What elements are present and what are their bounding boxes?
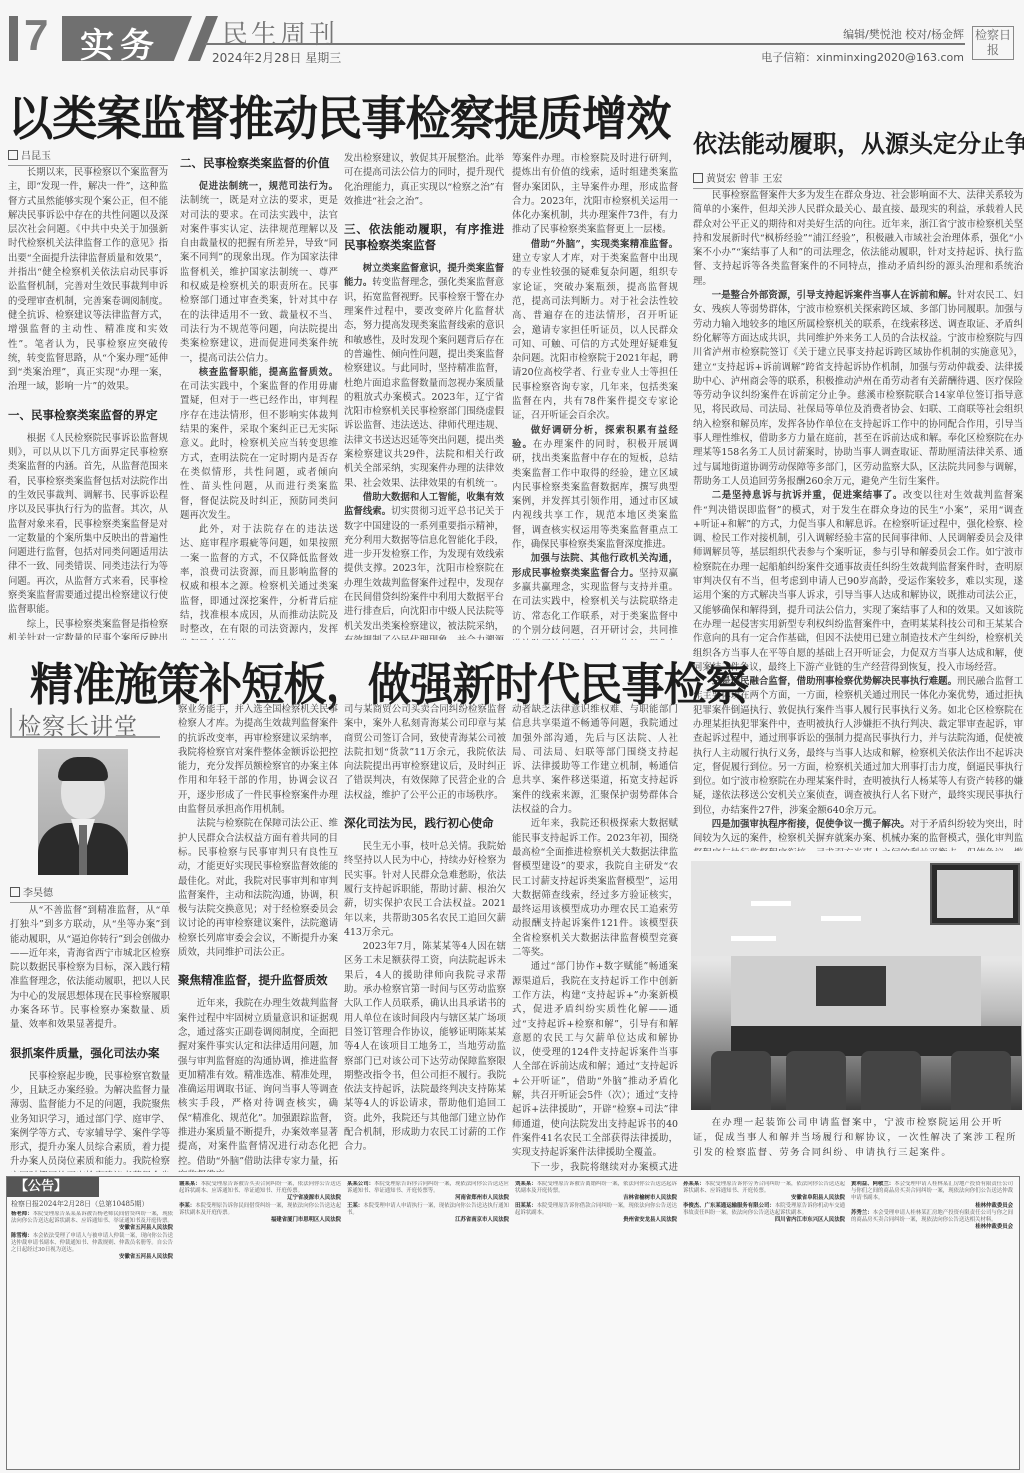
column-name: 检察长讲堂 [12, 714, 138, 740]
lead-phrase: 核查监督职能，提高监督质效。 [199, 367, 338, 378]
paragraph: 司与某商贸公司买卖合同纠纷检察监督案中，案外人私刻青海某公司印章与某商贸公司签订… [344, 703, 506, 803]
notice-text: 本院受理原告诉你借款合同纠纷一案，现依法向你公告送达起诉状副本。 [515, 1203, 677, 1216]
notice-party: 刘某某： [515, 1181, 537, 1187]
header-rule [205, 43, 965, 45]
paragraph: 近年来，我院在办理生效裁判监督案件过程中牢固树立质量意识和证据观念，通过落实正副… [178, 997, 338, 1172]
notice-text: 本院受理原告某某某诉被告杨老师民间借贷纠纷一案，现依法向你公告送达起诉状副本、应… [11, 1211, 173, 1224]
article1-column-2: 二、民事检察类案监督的价值 促进法制统一，规范司法行为。法制统一，既是对立法的要… [180, 155, 338, 640]
notice-text: 本会受理申请人桂林某汇房地产投资有限责任公司与你之间的商品房买卖合同纠纷一案，现… [851, 1210, 1013, 1223]
notice-party: 李某： [179, 1203, 195, 1209]
lead-phrase: 一是整合外部资源，引导支持起诉案件当事人在诉前和解。 [712, 290, 957, 301]
video-screen [930, 863, 1020, 925]
notice-text: 本院受理原告诉你民间借贷纠纷一案，现依法向你公告送达起诉状副本及开庭传票。 [179, 1203, 341, 1216]
lead-phrase: 四是加强审执程序衔接，促使争议一揽子解决。 [712, 819, 910, 830]
notice-party: 谢某某： [179, 1181, 201, 1187]
article1-byline: 吕昆玉 [8, 147, 168, 166]
photo-caption: 在办理一起装饰公司申请监督案中，宁波市检察院运用公开听证，促成当事人和解并当场履… [693, 1115, 1023, 1160]
article3-byline: 李昊德 [10, 884, 170, 903]
article1-intro: 长期以来，民事检察以个案监督为主，即“发现一件，解决一件”，这种监督方式虽然能够… [8, 166, 168, 395]
paragraph: 近年来，我院还积极探索大数据赋能民事支持起诉工作。2023年初，围绕最高检“全面… [512, 817, 678, 960]
notice-party: 田某某： [515, 1203, 537, 1209]
paragraph: 民生无小事，枝叶总关情。我院始终坚持以人民为中心，持续办好检察为民实事。针对人民… [344, 840, 506, 940]
notice-court: 江苏省南京市人民法院 [347, 1217, 509, 1224]
notice-court: 贵州省安龙县人民法院 [515, 1217, 677, 1224]
article1-section2-title: 二、民事检察类案监督的价值 [180, 155, 338, 171]
section-tab: 实务 [62, 16, 192, 61]
notice-column: 某某公司：本院受理原告诉你合同纠纷一案，现依法向你公告送达应诉通知书、举证通知书… [347, 1181, 509, 1467]
page-number: 7 [24, 10, 48, 62]
notice-court: 安徽省阜阳县人民法院 [683, 1195, 845, 1202]
paragraph: 建立专家人才库，对于类案监督中出现的专业性较强的疑难复杂问题，组织专家论证，突破… [512, 253, 678, 421]
paragraph: 改变以往对生效裁判监督案件“判决错误即监督”的模式，对于发生在群众身边的民生“小… [693, 490, 1023, 673]
notice-party: 某某公司： [347, 1181, 374, 1187]
newspaper-logo-icon: 检察日报 [972, 26, 1014, 60]
article3-column-2: 察业务能手，并入选全国检察机关民事检察人才库。为提高生效裁判监督案件的抗诉改变率… [178, 703, 338, 1172]
article1-column-3: 发出检察建议，敦促其开展整治。此举可在提高司法公信力的同时，提升现代化治理能力，… [344, 152, 504, 640]
article3-section1-title: 狠抓案件质量，强化司法办案 [10, 1045, 170, 1061]
article1-column-1: 长期以来，民事检察以个案监督为主，即“发现一件，解决一件”，这种监督方式虽然能够… [8, 166, 168, 640]
notice-court: 安徽省五河县人民法院 [11, 1225, 173, 1232]
article3-column-3: 司与某商贸公司买卖合同纠纷检察监督案中，案外人私刻青海某公司印章与某商贸公司签订… [344, 703, 506, 1172]
paragraph: 民事检察监督案件大多为发生在群众身边、社会影响面不大、法律关系较为简单的小案件，… [693, 189, 1023, 289]
paragraph: 发出检察建议，敦促其开展整治。此举可在提高司法公信力的同时，提升现代化治理能力，… [344, 152, 504, 209]
paragraph: 筹案件办理。市检察院及时进行研判，提炼出有价值的线索，适时组建类案监督办案团队，… [512, 152, 678, 238]
article3-column-1: 从“不善监督”到精准监督，从“单打独斗”到多方联动，从“坐等办案”到能动履职，从… [10, 904, 170, 1172]
notice-text: 本院受理原告诉被告买卖合同纠纷一案，依法向你公告送达起诉状副本、应诉通知书、举证… [179, 1181, 341, 1194]
notice-subtitle: 检察日报2024年2月28日（总第10485期） [11, 1199, 148, 1209]
contact-email: 电子信箱：xinminxing2020@163.com [761, 49, 964, 65]
editors-credit: 编辑/樊悦池 校对/杨金辉 [843, 26, 964, 42]
notice-court: 福建省厦门市思明区人民法院 [179, 1217, 341, 1224]
paragraph: 转变监督理念，强化类案监督意识，拓宽监督视野。民事检察干警在办理案件过程中，要改… [344, 277, 504, 488]
notice-party: 李俊杰、广东某通运输服务有限公司： [683, 1203, 775, 1209]
notice-court: 辽宁省凌源市人民法院 [179, 1195, 341, 1202]
article1-column-4: 筹案件办理。市检察院及时进行研判，提炼出有价值的线索，适时组建类案监督办案团队，… [512, 152, 678, 640]
notice-column: 谢某某：本院受理原告诉被告买卖合同纠纷一案，依法向你公告送达起诉状副本、应诉通知… [179, 1181, 341, 1467]
paragraph: 切实贯彻习近平总书记关于数字中国建设的一系列重要指示精神，充分利用大数据等信息化… [344, 506, 504, 640]
publication-name: 民生周刊 [222, 14, 338, 51]
paragraph: 在办理案件的同时，积极开展调研，找出类案监督中存在的短板，总结类案监督工作中取得… [512, 439, 678, 550]
page-number-bar [9, 16, 18, 61]
article1-section1-title: 一、民事检察类案监督的界定 [8, 407, 168, 423]
article1-section3-title: 三、依法能动履职，有序推进民事检察类案监督 [344, 221, 504, 253]
paragraph: 根据《人民检察院民事诉讼监督规则》，可以从以下几方面界定民事检察类案监督的内涵。… [8, 432, 168, 618]
paragraph: 针对农民工、妇女、残疾人等弱势群体，宁波市检察机关探索跨区域、多部门协同履职。加… [693, 290, 1023, 487]
paragraph: 民事检察起步晚，民事检察官数量少，且缺乏办案经验。为解决监督力量薄弱、监督能力不… [10, 1070, 170, 1172]
notice-column: 黄利益、阿敬兰：本会受理申请人桂林某汇房地产投资有限责任公司与你们之间的商品房买… [851, 1181, 1013, 1467]
notice-text: 本会依法受理了申请人与被申请人仲裁一案，现向你公告送达仲裁申请书副本、仲裁通知书… [11, 1233, 173, 1253]
notice-court: 吉林省榆树市人民法院 [515, 1195, 677, 1202]
notice-column: 杨老师：本院受理原告某某某诉被告杨老师民间借贷纠纷一案，现依法向你公告送达起诉状… [11, 1211, 173, 1467]
notice-party: 黄利益、阿敬兰： [851, 1181, 894, 1187]
notice-text: 本院受理申请人申请执行一案，现依法向你公告送达执行通知书。 [347, 1203, 509, 1216]
notice-party: 杨老师： [11, 1211, 33, 1217]
notice-court: 安徽省五河县人民法院 [11, 1254, 173, 1261]
notice-court: 桂林仲裁委员会 [851, 1203, 1013, 1210]
notice-column: 刘某某：本院受理原告诉被告离婚纠纷一案，依法向你公告送达起诉状副本及开庭传票。吉… [515, 1181, 677, 1467]
paragraph: 2023年7月，陈某某等4人因在辖区务工未足额获得工资，向法院起诉未果后，4人的… [344, 940, 506, 1154]
article2-headline: 依法能动履职，从源头定分止争 [693, 124, 1024, 159]
lead-phrase: 三是刑民融合监督，借助刑事检察优势解决民事执行难题。 [712, 676, 957, 687]
hearing-photo [691, 861, 1022, 1110]
article3-section2-title: 聚焦精准监督，提升监督质效 [178, 972, 338, 988]
paragraph: 动者缺乏法律意识维权难、与职能部门信息共享渠道不畅通等问题，我院通过加强外部沟通… [512, 703, 678, 817]
legal-notice-section: 【公告】 检察日报2024年2月28日（总第10485期） 杨老师：本院受理原告… [6, 1176, 1020, 1470]
lead-phrase: 二是坚持息诉与抗诉并重，促进案结事了。 [712, 490, 903, 501]
author-portrait [38, 749, 128, 875]
paragraph: 在司法实践中，个案监督的作用毋庸置疑，但对于一些已经作出，审判程序存在违法情形，… [180, 381, 338, 521]
notice-text: 本院受理原告诉被告离婚纠纷一案，依法向你公告送达起诉状副本及开庭传票。 [515, 1181, 677, 1194]
notice-party: 孙某某： [683, 1181, 705, 1187]
paragraph: 综上，民事检察类案监督是指检察机关针对一定数量的民事个案所反映出的普遍性、倾向性… [8, 618, 168, 640]
paragraph: 察业务能手，并入选全国检察机关民事检察人才库。为提高生效裁判监督案件的抗诉改变率… [178, 703, 338, 817]
article2-body: 民事检察监督案件大多为发生在群众身边、社会影响面不大、法律关系较为简单的小案件，… [693, 189, 1023, 851]
masthead: 7 实务 民生周刊 2024年2月28日 星期三 编辑/樊悦池 校对/杨金辉 电… [0, 0, 1024, 70]
paragraph: 从“不善监督”到精准监督，从“单打独斗”到多方联动，从“坐等办案”到能动履职，从… [10, 904, 170, 1033]
notice-court: 四川省内江市东兴区人民法院 [683, 1217, 845, 1224]
paragraph: 通过“部门协作+数字赋能”畅通案源渠道后，我院在支持起诉工作中创新工作方法，构建… [512, 960, 678, 1160]
notice-column: 孙某某：本院受理原告诉你劳务合同纠纷一案，依法向你公告送达起诉状副本、应诉通知书… [683, 1181, 845, 1467]
lead-phrase: 借助“外脑”，实现类案精准监督。 [531, 239, 678, 250]
lead-phrase: 促进法制统一，规范司法行为。 [199, 181, 338, 192]
notice-text: 本院受理原告诉你劳务合同纠纷一案，依法向你公告送达起诉状副本、应诉通知书、开庭传… [683, 1181, 845, 1194]
section-label: 实务 [80, 18, 160, 67]
column-logo: 检察长讲堂 [10, 708, 160, 738]
notice-court: 桂林仲裁委员会 [851, 1224, 1013, 1231]
notice-party: 王某： [347, 1203, 363, 1209]
paragraph: 此外，对于法院存在的违法送达、庭审程序瑕疵等问题，如果按照一案一监督的方式，不仅… [180, 523, 338, 640]
notice-title: 【公告】 [7, 1177, 99, 1197]
article2-byline: 黄贤宏 曾菲 王宏 [693, 170, 1023, 189]
article1-headline: 以类案监督推动民事检察提质增效 [8, 82, 670, 149]
article3-section3-title: 深化司法为民，践行初心使命 [344, 815, 506, 831]
article3-column-4: 动者缺乏法律意识维权难、与职能部门信息共享渠道不畅通等问题，我院通过加强外部沟通… [512, 703, 678, 1172]
notice-party: 陈雪梅： [11, 1233, 33, 1239]
paragraph: 法制统一，既是对立法的要求，更是对司法的要求。在司法实践中，法官对案件事实认定、… [180, 195, 338, 363]
notice-court: 河南省郑州市人民法院 [347, 1195, 509, 1202]
paragraph: 法院与检察院在保障司法公正、维护人民群众合法权益方面有着共同的目标。民事检察与民… [178, 817, 338, 960]
paragraph: 下一步，我院将继续对办案模式进行完善和升级，探索“支持起诉+诉源治理、执行监督、… [512, 1161, 678, 1173]
publication-date: 2024年2月28日 星期三 [212, 49, 341, 66]
notice-party: 苏秀兰： [851, 1210, 873, 1216]
